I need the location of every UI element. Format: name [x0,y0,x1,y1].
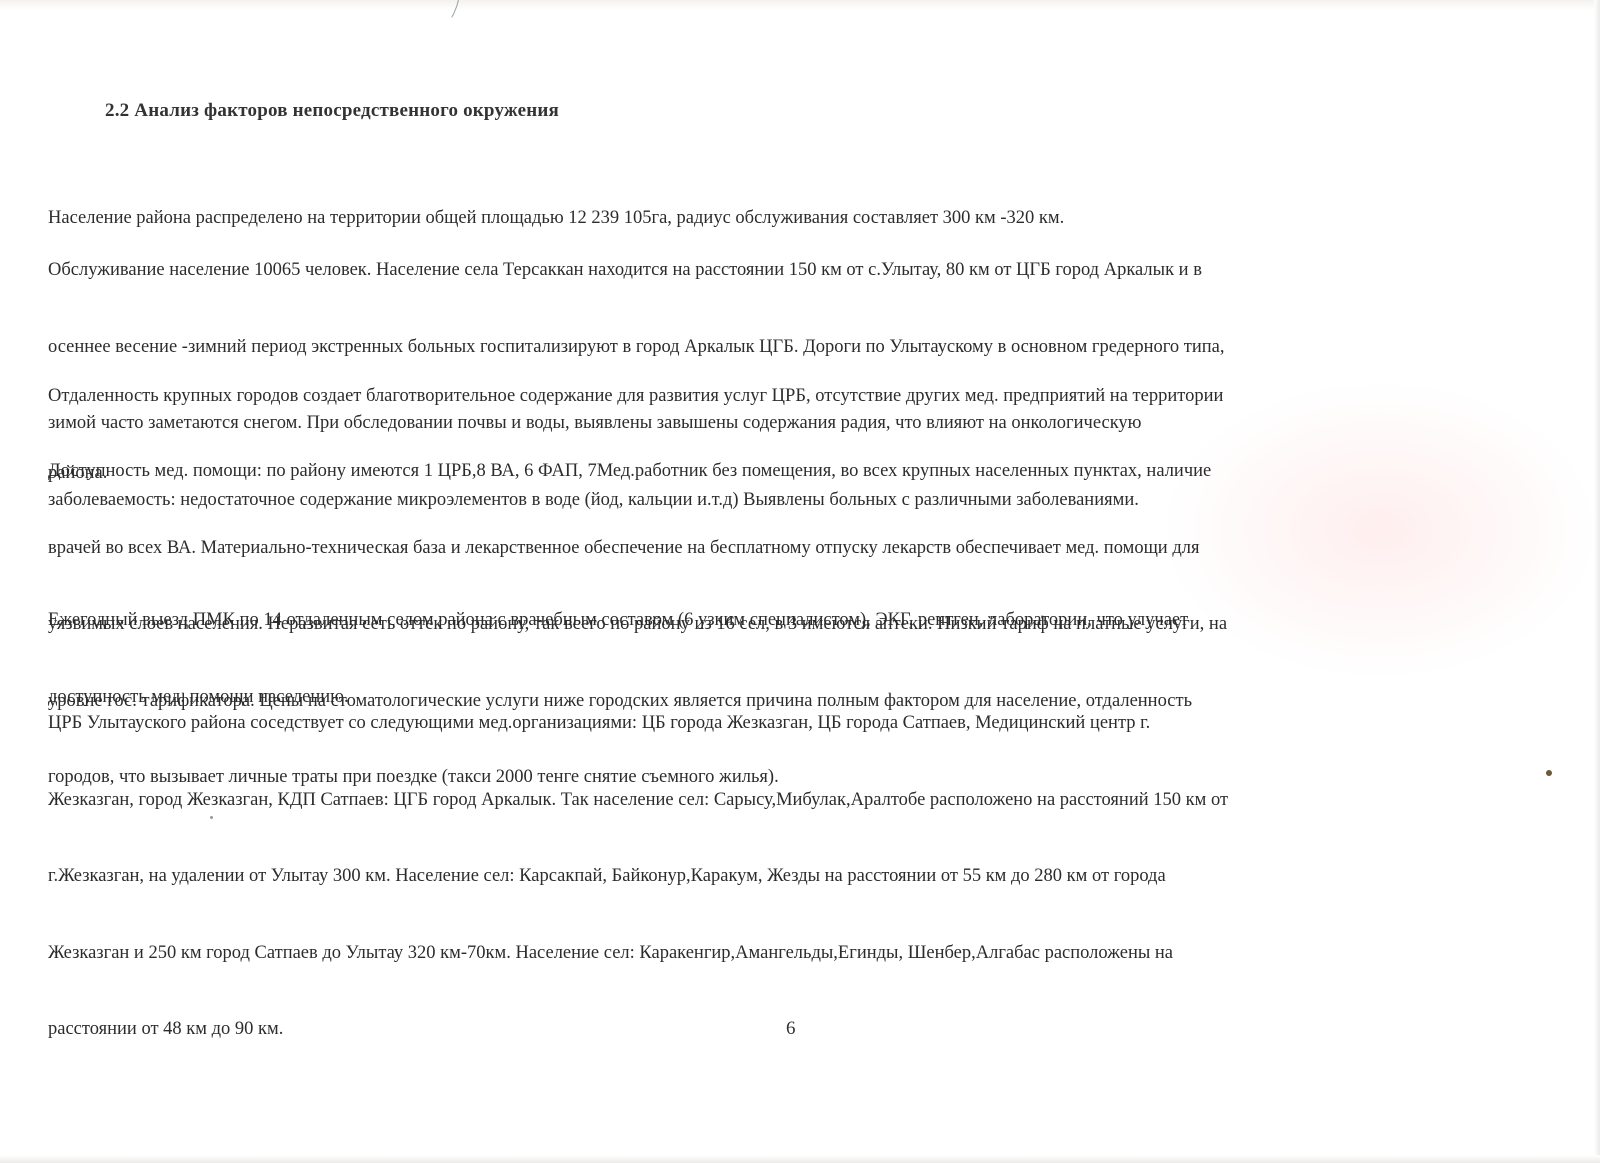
paragraph-line: г.Жезказган, на удалении от Улытау 300 к… [48,864,1548,890]
paragraph-line: Жезказган, город Жезказган, КДП Сатпаев:… [48,788,1548,814]
scan-edge-top [0,0,1600,10]
paragraph-line: ЦРБ Улытауского района соседствует со сл… [48,711,1548,737]
paragraph-line: расстоянии от 48 км до 90 км. [48,1017,1548,1043]
paragraph-line: Доступность мед. помощи: по району имеют… [48,459,1548,485]
scan-artifact-arc [282,0,479,86]
paragraph-line: Ежегодный выезд ПМК по 14 отдаленным сел… [48,608,1548,634]
paragraph-line: Жезказган и 250 км город Сатпаев до Улыт… [48,941,1548,967]
paragraph-line: Отдаленность крупных городов создает бла… [48,384,1548,410]
section-heading: 2.2 Анализ факторов непосредственного ок… [105,100,559,122]
paragraph-neighbors: ЦРБ Улытауского района соседствует со сл… [48,660,1548,1094]
scan-edge-bottom [0,1155,1600,1163]
page-number: 6 [786,1018,796,1040]
paragraph-line: Обслуживание население 10065 человек. На… [48,258,1548,284]
